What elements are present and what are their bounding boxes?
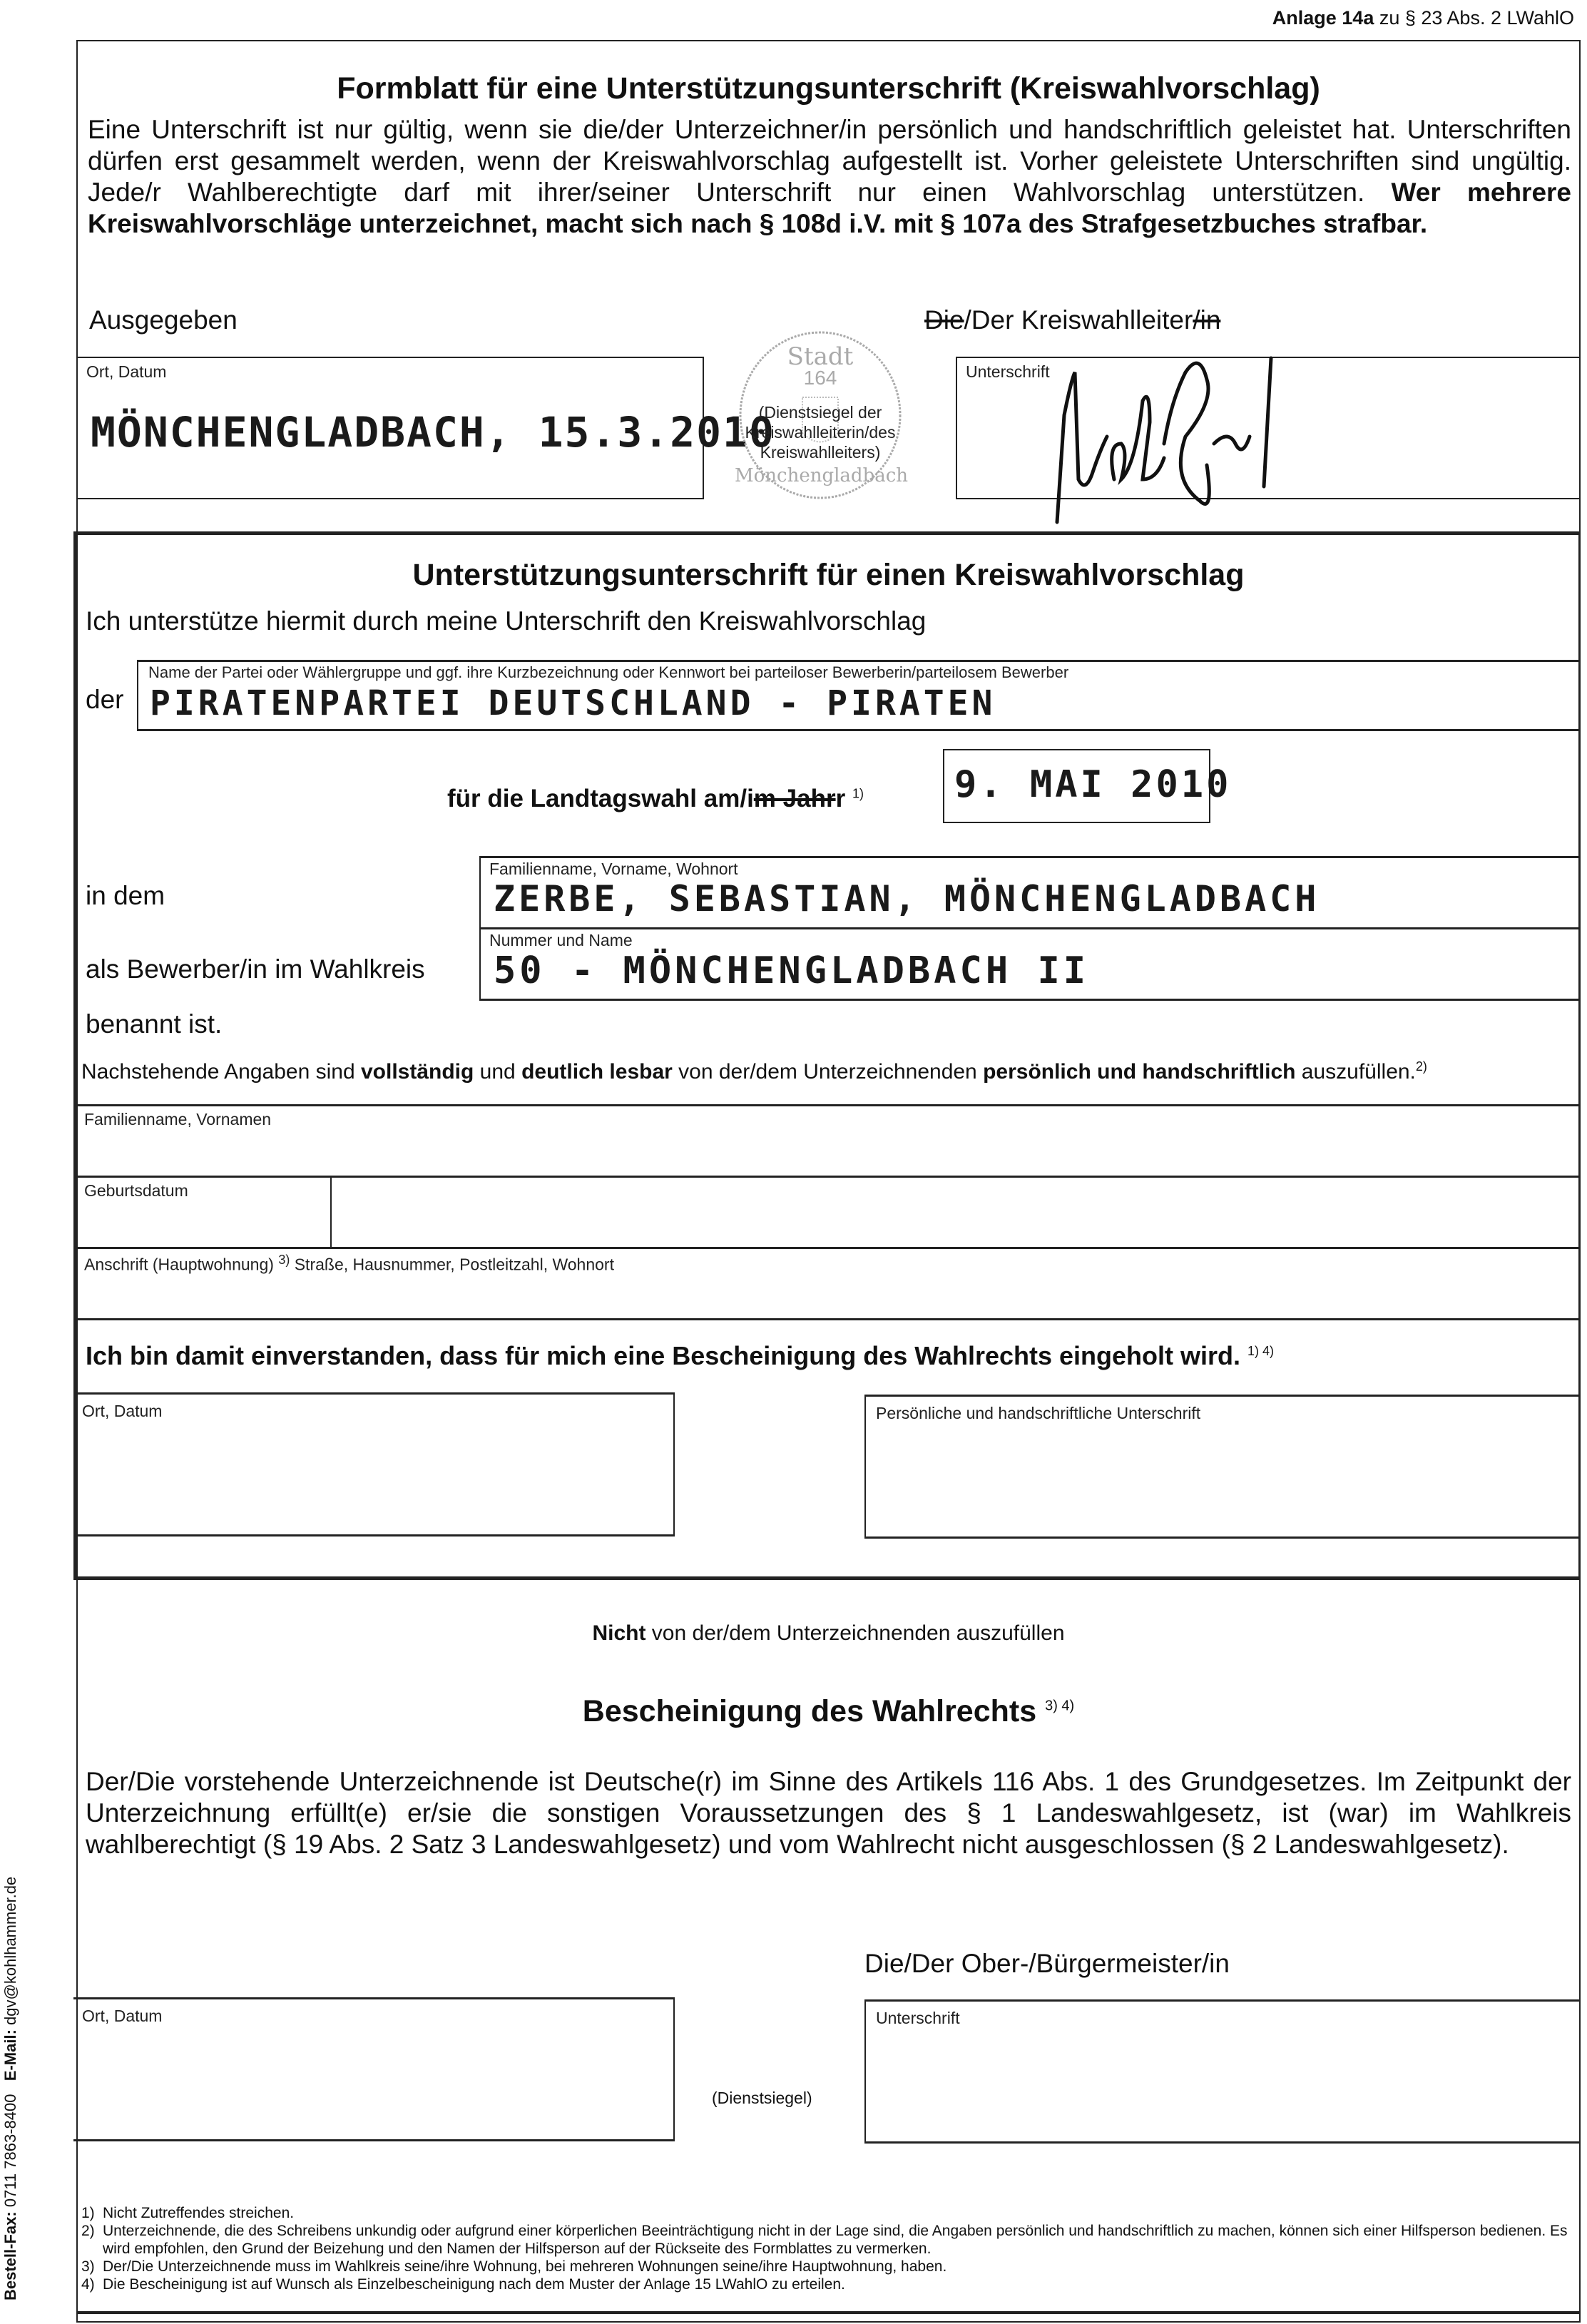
footnotes: 1) Nicht Zutreffendes streichen. 2) Unte…: [81, 2204, 1572, 2293]
issued-label: Ausgegeben: [89, 305, 238, 335]
party-field-label: Name der Partei oder Wählergruppe und gg…: [148, 663, 1068, 682]
signer-place-date-field[interactable]: Ort, Datum: [73, 1392, 675, 1536]
party-name-value: PIRATENPARTEI DEUTSCHLAND - PIRATEN: [150, 683, 996, 723]
signer-signature-field[interactable]: Persönliche und handschriftliche Untersc…: [864, 1395, 1581, 1539]
consent-text: Ich bin damit einverstanden, dass für mi…: [86, 1341, 1274, 1371]
footnote-item: 4) Die Bescheinigung ist auf Wunsch als …: [81, 2275, 1572, 2293]
signer-birthdate-label: Geburtsdatum: [84, 1181, 188, 1201]
der-label: der: [86, 685, 123, 715]
signer-extra-field[interactable]: [332, 1177, 1581, 1245]
signer-signature-label: Persönliche und handschriftliche Untersc…: [876, 1404, 1200, 1423]
mayor-place-date-field[interactable]: Ort, Datum: [73, 1997, 675, 2141]
mayor-seal-label: (Dienstsiegel): [712, 2089, 812, 2108]
election-date-value: 9. MAI 2010: [954, 763, 1231, 806]
footnote-item: 2) Unterzeichnende, die des Schreibens u…: [81, 2222, 1572, 2258]
signer-name-field[interactable]: Familienname, Vornamen: [77, 1106, 1581, 1173]
election-date-label: für die Landtagswahl am/im Jahrr 1): [447, 785, 864, 813]
issued-place-date-field[interactable]: Ort, Datum MÖNCHENGLADBACH, 15.3.2010: [76, 357, 704, 499]
consent-row-top-line: [73, 1318, 1581, 1320]
election-officer-signature-field[interactable]: Unterschrift: [956, 357, 1581, 499]
officer-signature-label: Unterschrift: [966, 362, 1050, 382]
support-intro: Ich unterstütze hiermit durch meine Unte…: [86, 606, 926, 636]
party-name-field[interactable]: Name der Partei oder Wählergruppe und gg…: [137, 660, 1581, 731]
annex-number: Anlage 14a: [1272, 7, 1374, 29]
signer-address-field[interactable]: Anschrift (Hauptwohnung) 3) Straße, Haus…: [77, 1248, 1581, 1316]
election-date-field[interactable]: 9. MAI 2010: [943, 749, 1210, 823]
form-intro: Eine Unterschrift ist nur gültig, wenn s…: [88, 114, 1571, 240]
support-title: Unterstützungsunterschrift für einen Kre…: [76, 558, 1581, 593]
named-label: benannt ist.: [86, 1009, 222, 1039]
candidate-field[interactable]: Familienname, Vorname, Wohnort ZERBE, SE…: [479, 856, 1581, 929]
district-value: 50 - MÖNCHENGLADBACH II: [494, 949, 1089, 992]
issued-place-date-value: MÖNCHENGLADBACH, 15.3.2010: [91, 408, 775, 457]
mayor-label: Die/Der Ober-/Bürgermeister/in: [864, 1949, 1230, 1979]
annex-reference: Anlage 14a zu § 23 Abs. 2 LWahlO: [1272, 7, 1574, 29]
certificate-body: Der/Die vorstehende Unterzeichnende ist …: [86, 1766, 1571, 1860]
candidate-field-label: Familienname, Vorname, Wohnort: [489, 860, 738, 879]
form-title: Formblatt für eine Unterstützungsuntersc…: [76, 71, 1581, 106]
fill-instruction: Nachstehende Angaben sind vollständig un…: [81, 1059, 1427, 1084]
seal-stamp-bottom: Mönchengladbach: [735, 465, 906, 486]
birthdate-divider: [330, 1177, 332, 1247]
signer-place-date-label: Ort, Datum: [82, 1402, 162, 1421]
mayor-signature-label: Unterschrift: [876, 2009, 960, 2028]
signer-name-label: Familienname, Vornamen: [84, 1110, 271, 1129]
candidate-value: ZERBE, SEBASTIAN, MÖNCHENGLADBACH: [494, 878, 1320, 919]
footnote-item: 3) Der/Die Unterzeichnende muss im Wahlk…: [81, 2258, 1572, 2275]
official-seal: Stadt 164 (Dienstsiegel der Kreiswahllei…: [735, 330, 906, 501]
certificate-title: Bescheinigung des Wahlrechts 3) 4): [76, 1694, 1581, 1729]
mayor-place-date-label: Ort, Datum: [82, 2007, 162, 2026]
seal-stamp-number: 164: [735, 367, 906, 389]
not-fill-notice: Nicht von der/dem Unterzeichnenden auszu…: [76, 1621, 1581, 1646]
officer-signature-scribble: [1043, 337, 1442, 522]
issued-place-date-label: Ort, Datum: [86, 362, 166, 382]
district-row-label: als Bewerber/in im Wahlkreis: [86, 954, 425, 984]
mayor-signature-field[interactable]: Unterschrift: [864, 1999, 1581, 2144]
district-field-label: Nummer und Name: [489, 931, 633, 950]
in-dem-label: in dem: [86, 881, 165, 911]
signer-birthdate-field[interactable]: Geburtsdatum: [77, 1177, 330, 1245]
election-officer-label: Die/Der Kreiswahlleiter/in: [924, 305, 1220, 335]
seal-placeholder-text: (Dienstsiegel der Kreiswahlleiterin/des …: [738, 402, 902, 462]
side-margin-contact: Bestell-Fax: 0711 7863-8400 E-Mail: dgv@…: [1, 1877, 20, 2300]
footnote-item: 1) Nicht Zutreffendes streichen.: [81, 2204, 1572, 2222]
annex-law: zu § 23 Abs. 2 LWahlO: [1374, 7, 1574, 29]
signer-address-label: Anschrift (Hauptwohnung) 3) Straße, Haus…: [84, 1253, 614, 1275]
form-bottom-line: [76, 2311, 1581, 2314]
district-field[interactable]: Nummer und Name 50 - MÖNCHENGLADBACH II: [479, 927, 1581, 1001]
